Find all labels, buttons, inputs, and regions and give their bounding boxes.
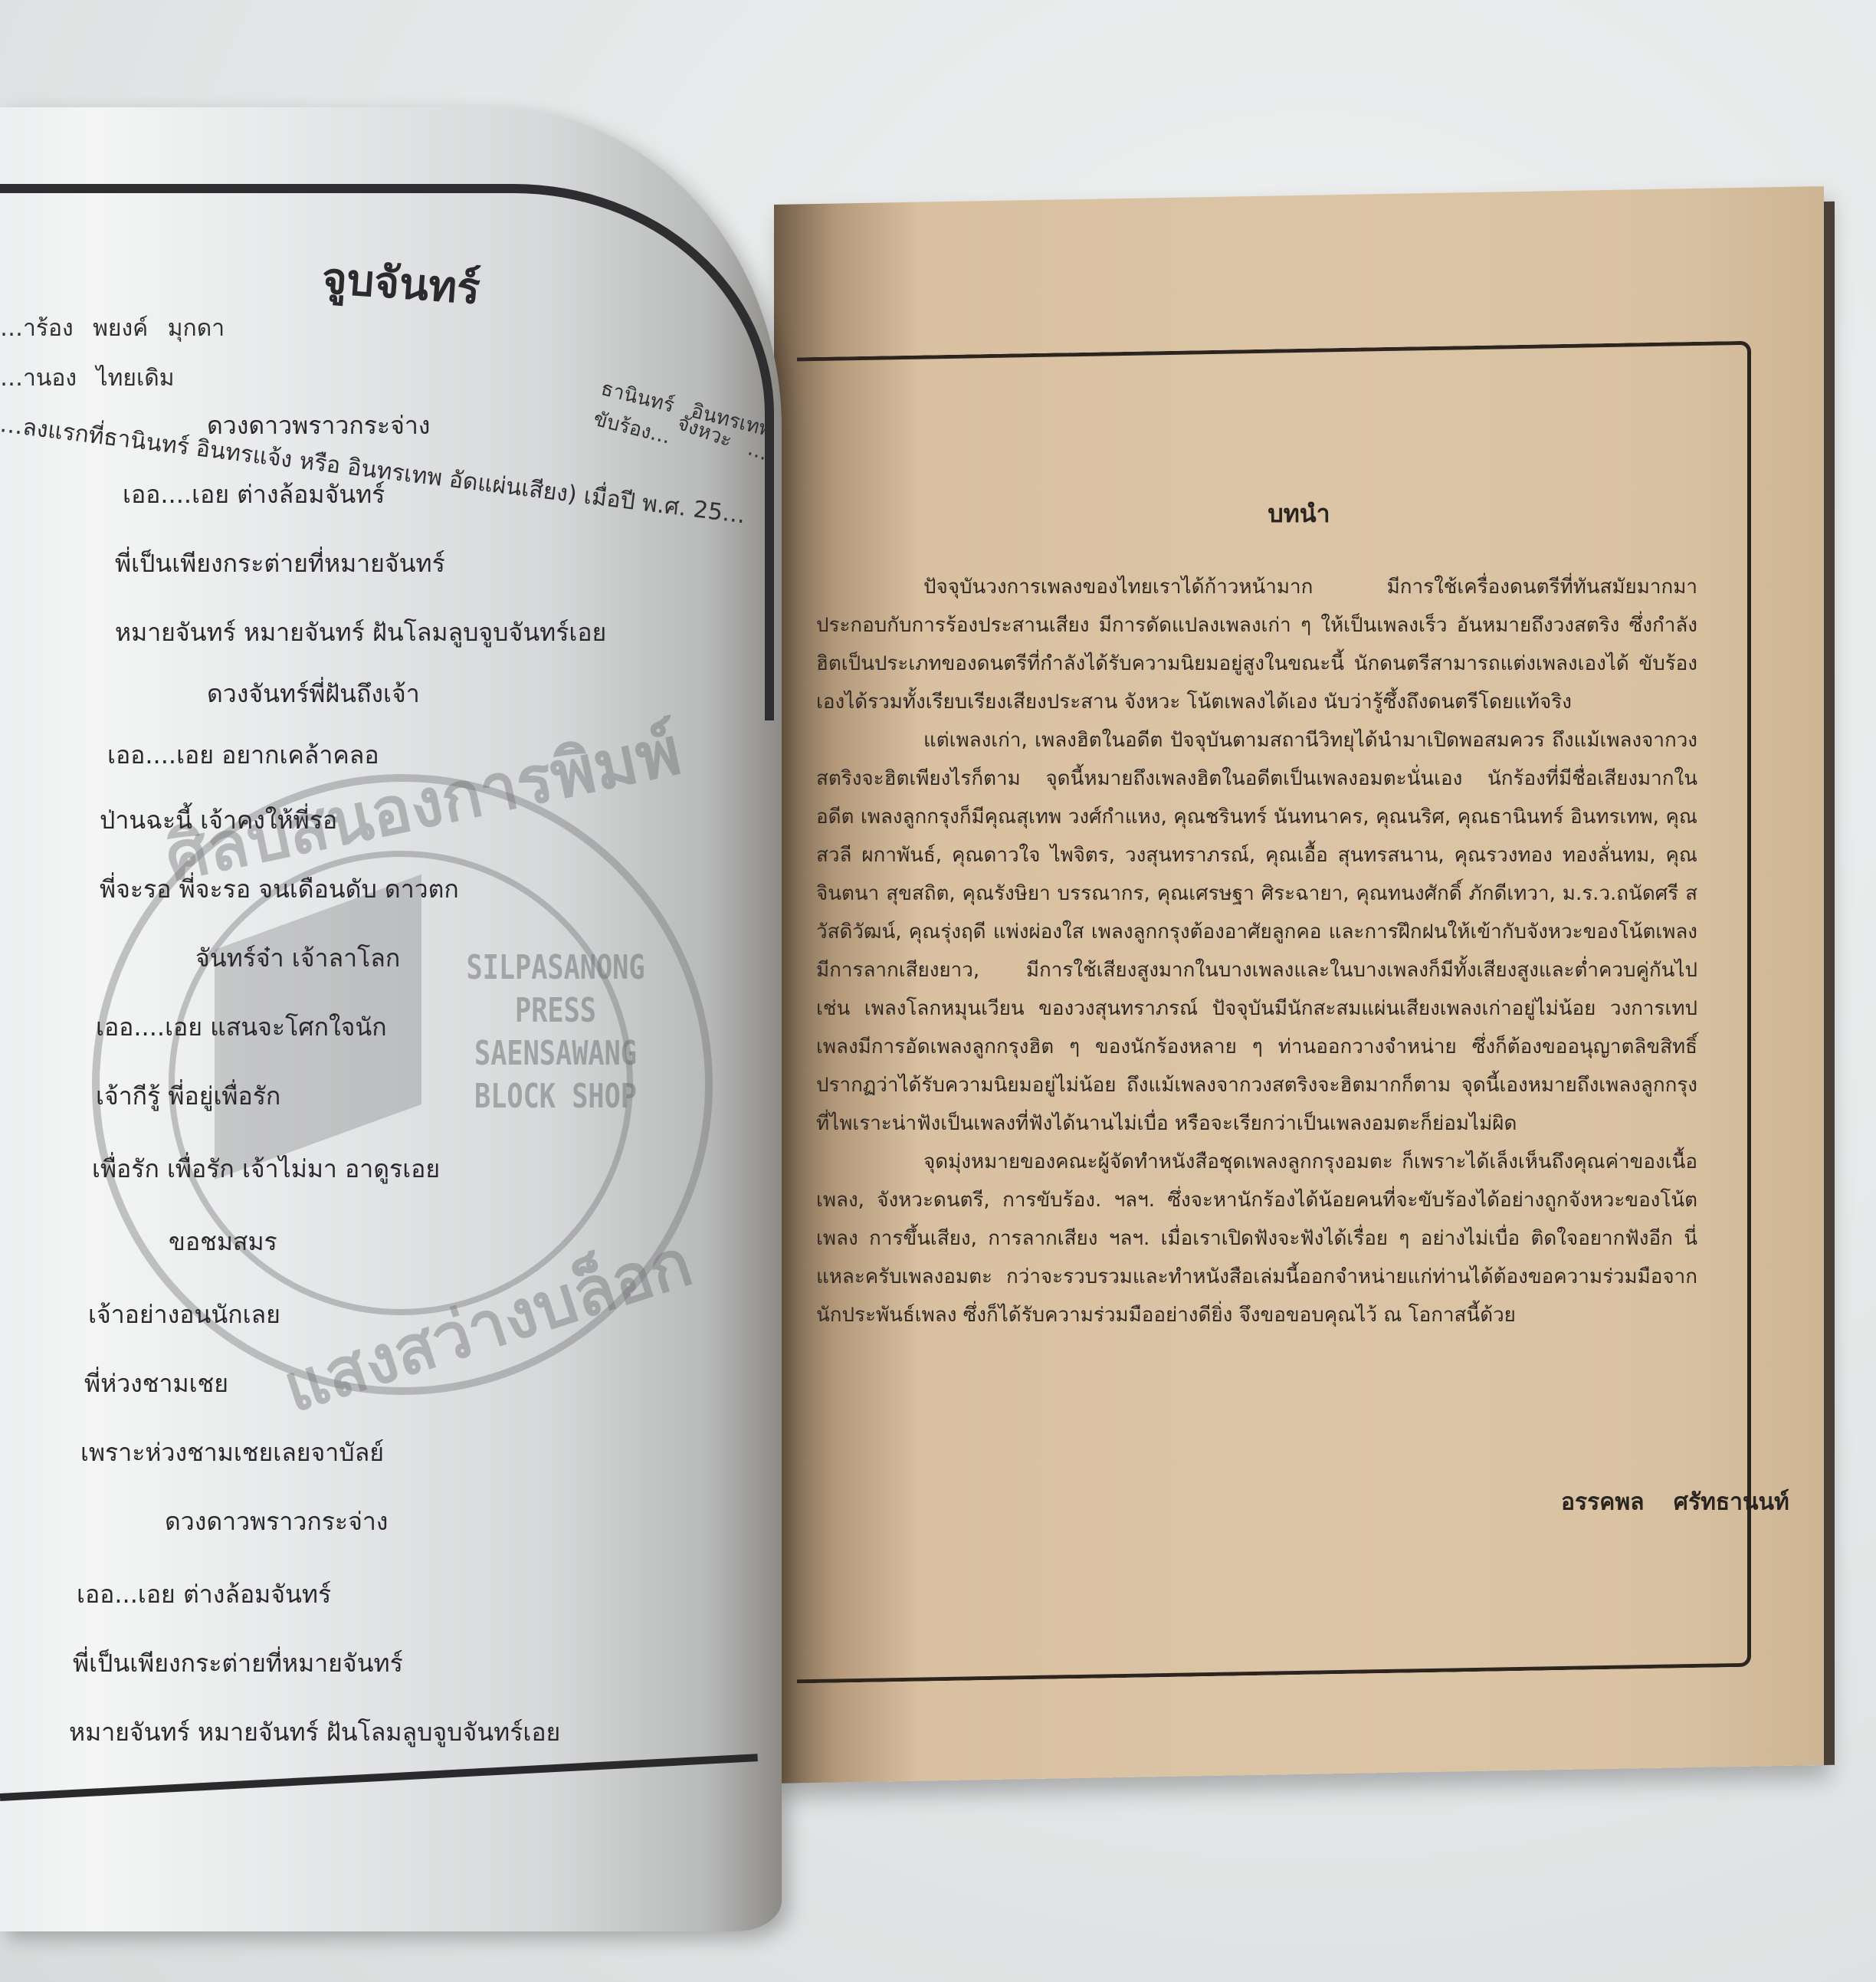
- stamp-line: SAENSAWANG: [464, 1032, 648, 1075]
- page-stack-edge: [1824, 202, 1835, 1765]
- intro-paragraph-1: ปัจจุบันวงการเพลงของไทยเราได้ก้าวหน้ามาก…: [816, 568, 1697, 721]
- lyric-line: พี่เป็นเพียงกระต่ายที่หมายจันทร์: [73, 1644, 403, 1683]
- lyric-line: เพราะห่วงชามเชยเลยจาบัลย์: [80, 1433, 384, 1472]
- stamp-line: PRESS: [464, 989, 648, 1032]
- page-border-bottom: [0, 1754, 758, 1801]
- lyric-line: จันทร์จ๋า เจ้าลาโลก: [195, 939, 400, 978]
- lyric-line: ดวงจันทร์พี่ฝันถึงเจ้า: [207, 674, 420, 714]
- lyric-line: พี่เป็นเพียงกระต่ายที่หมายจันทร์: [115, 544, 445, 583]
- intro-paragraph-2: แต่เพลงเก่า, เพลงฮิตในอดีต ปัจจุบันตามสถ…: [816, 721, 1697, 1143]
- lyric-line: เพื่อรัก เพื่อรัก เจ้าไม่มา อาดูรเอย: [92, 1150, 440, 1189]
- right-page: บทนำ ปัจจุบันวงการเพลงของไทยเราได้ก้าวหน…: [774, 186, 1824, 1783]
- stamp-line: BLOCK SHOP: [464, 1075, 648, 1118]
- lyric-line: เจ้าอย่างอนนักเลย: [88, 1295, 280, 1334]
- stamp-thai-bottom: แสงสว่างบล็อก: [270, 1209, 704, 1440]
- lyric-line: หมายจันทร์ หมายจันทร์ ฝันโลมลูบจูบจันทร์…: [69, 1713, 560, 1752]
- lyricist-credit: …าร้อง พยงค์ มุกดา: [0, 310, 225, 346]
- lyric-line: เจ้ากีรู้ พี่อยู่เพื่อรัก: [96, 1077, 280, 1116]
- stamp-line: SILPASANONG: [464, 947, 648, 989]
- lyric-line: พี่ห่วงชามเชย: [84, 1364, 228, 1403]
- song-title: จูบจันทร์: [320, 244, 482, 323]
- lyric-line: ขอชมสมร: [169, 1222, 277, 1262]
- intro-body: ปัจจุบันวงการเพลงของไทยเราได้ก้าวหน้ามาก…: [816, 568, 1697, 1334]
- intro-title: บทนำ: [774, 494, 1824, 533]
- left-page: ศิลปสนองการพิมพ์ SILPASANONG PRESS SAENS…: [0, 107, 782, 1931]
- lyric-line: เออ....เอย อยากเคล้าคลอ: [107, 736, 379, 775]
- author-signature: อรรคพล ศรัทธานนท์: [1561, 1484, 1789, 1520]
- melody-credit: …านอง ไทยเดิม: [0, 360, 175, 396]
- lyric-line: หมายจันทร์ หมายจันทร์ ฝันโลมลูบจูบจันทร์…: [115, 613, 606, 652]
- lyric-line: เออ...เอย ต่างล้อมจันทร์: [77, 1575, 331, 1614]
- lyric-line: เออ....เอย ต่างล้อมจันทร์: [123, 475, 385, 514]
- lyric-line: ดวงดาวพราวกระจ่าง: [165, 1502, 388, 1541]
- lyric-line: ป่านฉะนี้ เจ้าคงให้พี่รอ: [100, 801, 337, 840]
- lyric-line: พี่จะรอ พี่จะรอ จนเดือนดับ ดาวตก: [100, 870, 459, 909]
- intro-paragraph-3: จุดมุ่งหมายของคณะผู้จัดทำหนังสือชุดเพลงล…: [816, 1143, 1697, 1334]
- stamp-english: SILPASANONG PRESS SAENSAWANG BLOCK SHOP: [464, 947, 648, 1118]
- lyric-line: เออ....เอย แสนจะโศกใจนัก: [96, 1008, 387, 1047]
- lyric-line: ดวงดาวพราวกระจ่าง: [207, 406, 430, 445]
